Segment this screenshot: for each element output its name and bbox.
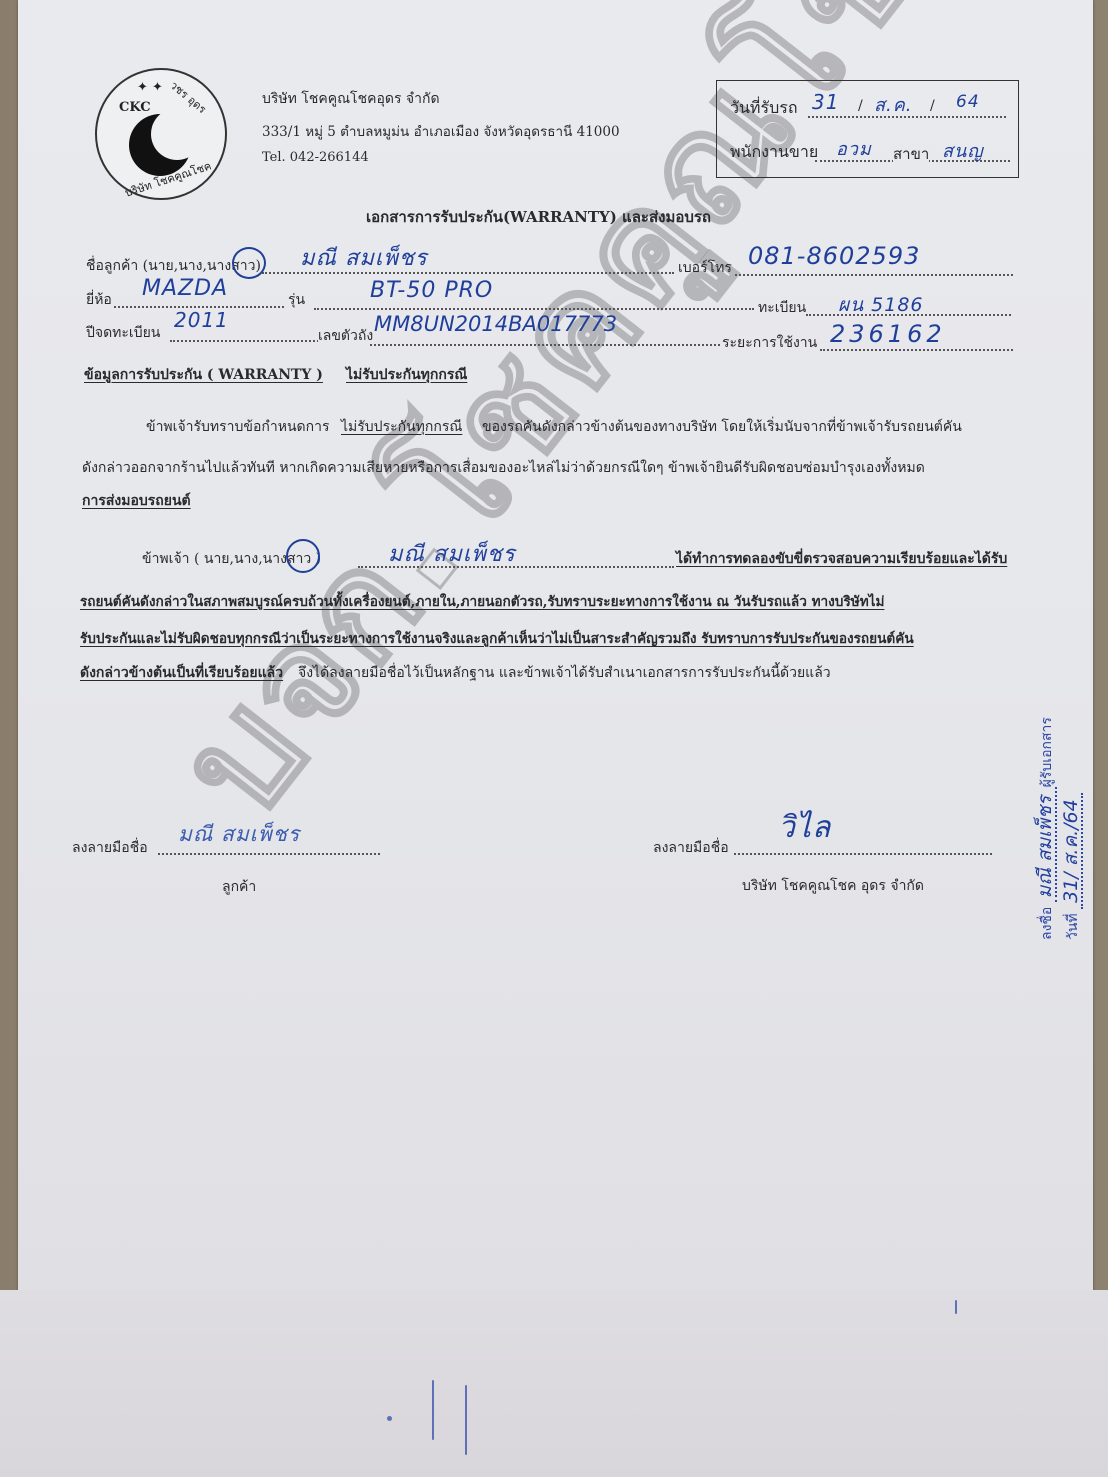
document-receipt-stamp: ลงชื่อ มณี สมเพ็ชร ผู้รับเอกสาร วันที่ 3… <box>1030 717 1082 940</box>
warranty-para-line1: ของรถคันดังกล่าวข้างต้นของทางบริษัท โดยใ… <box>482 416 962 438</box>
receipt-date-month: ส.ค. <box>874 90 912 119</box>
chassis-value: MM8UN2014BA017773 <box>374 312 617 336</box>
ink-stroke <box>465 1385 467 1455</box>
company-sign-label: ลงลายมือชื่อ <box>653 837 729 859</box>
receipt-date-value: 31/ ส.ค./64 <box>1060 799 1082 903</box>
warranty-status: ไม่รับประกันทุกกรณี <box>346 364 467 386</box>
warranty-para-line2: ดังกล่าวออกจากร้านไปแล้วทันที หากเกิดควา… <box>82 457 925 479</box>
document-paper-bottom <box>0 1290 1108 1477</box>
brand-label: ยี่ห้อ <box>86 289 112 311</box>
reg-year-value: 2011 <box>174 308 229 332</box>
warranty-heading: ข้อมูลการรับประกัน ( WARRANTY ) <box>84 364 323 386</box>
brand-value: MAZDA <box>142 276 228 301</box>
company-tel: Tel. 042-266144 <box>262 150 369 165</box>
plate-label: ทะเบียน <box>758 297 806 319</box>
ink-stroke <box>955 1300 957 1314</box>
company-logo: ✦ ✦ CKC วชร อุดร บริษัท โชคคูณโชค <box>95 68 227 200</box>
customer-value: มณี สมเพ็ชร <box>300 240 428 275</box>
phone-label: เบอร์โทร <box>678 257 732 279</box>
delivery-heading: การส่งมอบรถยนต์ <box>82 490 191 512</box>
warranty-para-intro: ข้าพเจ้ารับทราบข้อกำหนดการ <box>146 416 329 438</box>
delivery-intro-value: มณี สมเพ็ชร <box>388 536 516 571</box>
stars-icon: ✦ ✦ <box>137 80 163 95</box>
plate-value: ผน 5186 <box>838 290 924 320</box>
delivery-line4-underlined: ดังกล่าวข้างต้นเป็นที่เรียบร้อยแล้ว <box>80 662 283 684</box>
ink-stroke <box>432 1380 434 1440</box>
company-address: 333/1 หมู่ 5 ตำบลหมูม่น อำเภอเมือง จังหว… <box>262 120 620 142</box>
customer-sign-label: ลงลายมือชื่อ <box>72 837 148 859</box>
ink-dot <box>387 1416 392 1421</box>
branch-value: สนญ <box>942 136 984 165</box>
company-name: บริษัท โชคคูณโชคอุดร จำกัด <box>262 88 440 110</box>
delivery-line3: รับประกันและไม่รับผิดชอบทุกกรณีว่าเป็นระ… <box>80 627 914 649</box>
mileage-value: 236162 <box>830 320 946 348</box>
receipt-date-label: วันที่ <box>1065 913 1081 940</box>
customer-role: ลูกค้า <box>222 876 256 898</box>
warranty-para-underlined: ไม่รับประกันทุกกรณี <box>341 416 462 438</box>
company-role: บริษัท โชคคูณโชค อุดร จำกัด <box>742 875 924 897</box>
receipt-sign-value: มณี สมเพ็ชร <box>1034 796 1056 898</box>
company-signature: วิไล <box>778 804 831 851</box>
model-label: รุ่น <box>288 289 305 311</box>
mileage-label: ระยะการใช้งาน <box>722 332 817 354</box>
receipt-date-label: วันที่รับรถ <box>730 96 798 121</box>
receipt-date-year: 64 <box>956 92 980 112</box>
sales-value: อวม <box>836 134 872 163</box>
customer-signature: มณี สมเพ็ชร <box>178 818 300 851</box>
logo-abbr: CKC <box>119 100 151 115</box>
title-selection-circle <box>286 539 320 573</box>
phone-value: 081-8602593 <box>748 242 920 270</box>
sales-label: พนักงานขาย <box>730 140 818 165</box>
branch-label: สาขา <box>893 142 929 166</box>
receipt-role: ผู้รับเอกสาร <box>1039 717 1055 787</box>
reg-year-label: ปีจดทะเบียน <box>86 322 160 344</box>
document-title: เอกสารการรับประกัน(WARRANTY) และส่งมอบรถ <box>366 205 711 229</box>
delivery-line2: รถยนต์คันดังกล่าวในสภาพสมบูรณ์ครบถ้วนทั้… <box>80 590 884 612</box>
title-selection-circle <box>232 247 266 279</box>
receipt-sign-label: ลงชื่อ <box>1039 907 1055 940</box>
model-value: BT-50 PRO <box>370 278 493 303</box>
receipt-date-day: 31 <box>812 90 839 114</box>
delivery-line4-rest: จึงได้ลงลายมือชื่อไว้เป็นหลักฐาน และข้าพ… <box>298 662 831 684</box>
delivery-line1-end: ได้ทำการทดลองขับขี่ตรวจสอบความเรียบร้อยแ… <box>676 548 1007 570</box>
chassis-label: เลขตัวถัง <box>318 325 373 347</box>
